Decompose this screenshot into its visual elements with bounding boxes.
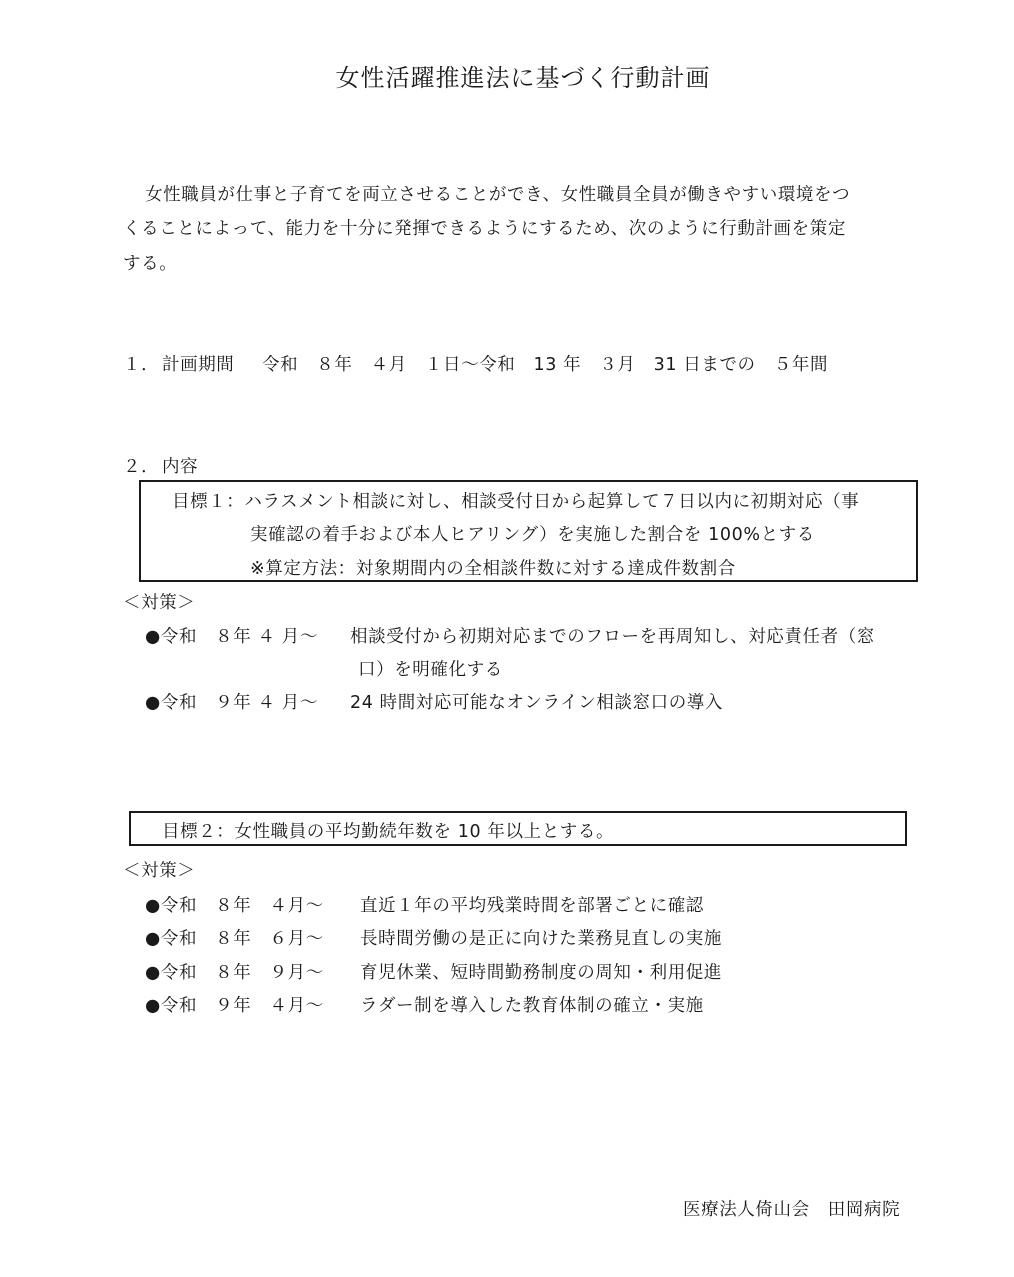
measure-text: 育児休業、短時間勤務制度の周知・利用促進 — [360, 959, 722, 984]
intro-line-2: くることによって、能力を十分に発揮できるようにするため、次のように行動計画を策定 — [123, 215, 846, 240]
measure-text: ラダー制を導入した教育体制の確立・実施 — [360, 992, 704, 1017]
measure-text: 相談受付から初期対応までのフローを再周知し、対応責任者（窓 — [350, 623, 875, 648]
plan-period-text: 令和 ８年 ４月 １日～令和 13 年 ３月 31 日までの ５年間 — [262, 351, 828, 376]
measure-text: 24 時間対応可能なオンライン相談窓口の導入 — [350, 689, 723, 714]
intro-line-3: する。 — [123, 250, 177, 275]
goal-2-measures-heading: ＜対策＞ — [123, 857, 195, 882]
document-title: 女性活躍推進法に基づく行動計画 — [0, 58, 1014, 93]
measure-date: ●令和 ９年 ４ 月～ — [145, 689, 318, 714]
section-2-number: ２． — [123, 453, 159, 478]
section-2-label: 内容 — [162, 453, 198, 478]
goal-1-calculation-method: ※算定方法：対象期間内の全相談件数に対する達成件数割合 — [250, 555, 736, 580]
measure-date: ●令和 ８年 ９月～ — [145, 959, 324, 984]
intro-line-1: 女性職員が仕事と子育てを両立させることができ、女性職員全員が働きやすい環境をつ — [145, 181, 850, 206]
measure-text: 長時間労働の是正に向けた業務見直しの実施 — [360, 925, 722, 950]
organization-signature: 医療法人倚山会 田岡病院 — [683, 1196, 900, 1221]
goal-1-line-1: 目標１：ハラスメント相談に対し、相談受付日から起算して７日以内に初期対応（事 — [172, 488, 859, 513]
section-1-label: 計画期間 — [162, 351, 234, 376]
measure-date: ●令和 ８年 ４月～ — [145, 892, 324, 917]
measure-text: 直近１年の平均残業時間を部署ごとに確認 — [360, 892, 704, 917]
goal-1-measures-heading: ＜対策＞ — [123, 589, 195, 614]
section-1-number: １． — [123, 351, 159, 376]
goal-2-line-1: 目標２：女性職員の平均勤続年数を 10 年以上とする。 — [162, 818, 614, 843]
measure-date: ●令和 ９年 ４月～ — [145, 992, 324, 1017]
measure-text-continued: 口）を明確化する — [358, 656, 503, 681]
measure-date: ●令和 ８年 ４ 月～ — [145, 623, 318, 648]
measure-date: ●令和 ８年 ６月～ — [145, 925, 324, 950]
goal-1-line-2: 実確認の着手および本人ヒアリング）を実施した割合を 100%とする — [250, 521, 815, 546]
